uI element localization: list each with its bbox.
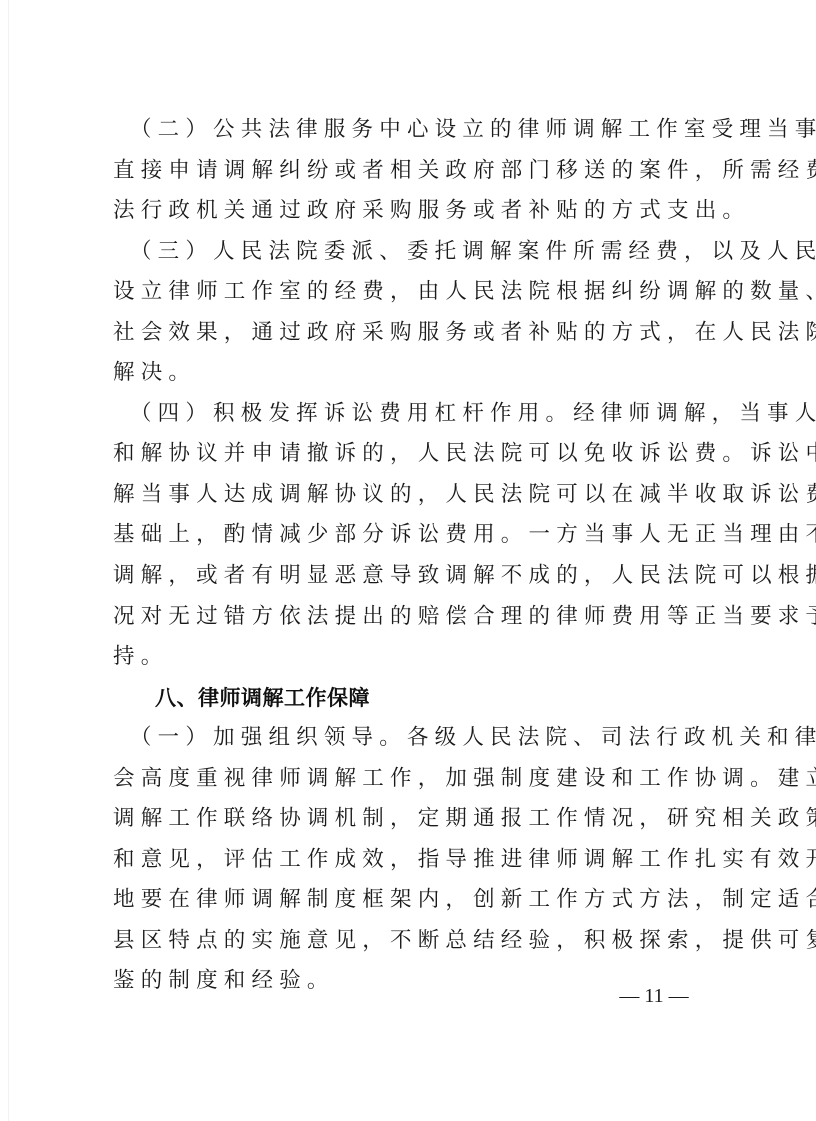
paragraph-1-line-2: 会高度重视律师调解工作，加强制度建设和工作协调。建立律师	[113, 759, 703, 800]
paragraph-4-line-2: 和解协议并申请撤诉的，人民法院可以免收诉讼费。诉讼中经调	[113, 434, 703, 475]
paragraph-1-line-5: 地要在律师调解制度框架内，创新工作方式方法，制定适合本地旗	[113, 880, 703, 921]
paragraph-1-line-1: （一）加强组织领导。各级人民法院、司法行政机关和律师协	[113, 718, 703, 759]
paragraph-1-line-6: 县区特点的实施意见，不断总结经验，积极探索，提供可复制、可借	[113, 921, 703, 962]
paragraph-2-line-3: 法行政机关通过政府采购服务或者补贴的方式支出。	[113, 191, 703, 232]
paragraph-1-line-4: 和意见，评估工作成效，指导推进律师调解工作扎实有效开展。各	[113, 840, 703, 881]
scan-edge-artifact	[8, 0, 9, 1121]
paragraph-4-line-7: 持。	[113, 637, 703, 678]
paragraph-3-line-1: （三）人民法院委派、委托调解案件所需经费，以及人民法院	[113, 232, 703, 273]
page-number: — 11 —	[612, 985, 696, 1008]
document-page: （二）公共法律服务中心设立的律师调解工作室受理当事人 直接申请调解纠纷或者相关政…	[0, 0, 816, 1121]
paragraph-4-line-5: 调解，或者有明显恶意导致调解不成的，人民法院可以根据具体情	[113, 556, 703, 597]
paragraph-3-line-4: 解决。	[113, 353, 703, 394]
paragraph-4-line-1: （四）积极发挥诉讼费用杠杆作用。经律师调解，当事人达成	[113, 394, 703, 435]
paragraph-2-line-2: 直接申请调解纠纷或者相关政府部门移送的案件，所需经费，由司	[113, 151, 703, 192]
paragraph-3-line-3: 社会效果，通过政府采购服务或者补贴的方式，在人民法院预算中	[113, 313, 703, 354]
paragraph-1-line-3: 调解工作联络协调机制，定期通报工作情况，研究相关政策、制度	[113, 799, 703, 840]
paragraph-2-line-1: （二）公共法律服务中心设立的律师调解工作室受理当事人	[113, 110, 703, 151]
paragraph-4-line-6: 况对无过错方依法提出的赔偿合理的律师费用等正当要求予以支	[113, 597, 703, 638]
paragraph-3-line-2: 设立律师工作室的经费，由人民法院根据纠纷调解的数量、质量与	[113, 272, 703, 313]
paragraph-4-line-3: 解当事人达成调解协议的，人民法院可以在减半收取诉讼费用的	[113, 475, 703, 516]
document-body: （二）公共法律服务中心设立的律师调解工作室受理当事人 直接申请调解纠纷或者相关政…	[113, 110, 703, 1002]
section-heading: 八、律师调解工作保障	[113, 678, 703, 719]
paragraph-4-line-4: 基础上，酌情减少部分诉讼费用。一方当事人无正当理由不参与	[113, 515, 703, 556]
